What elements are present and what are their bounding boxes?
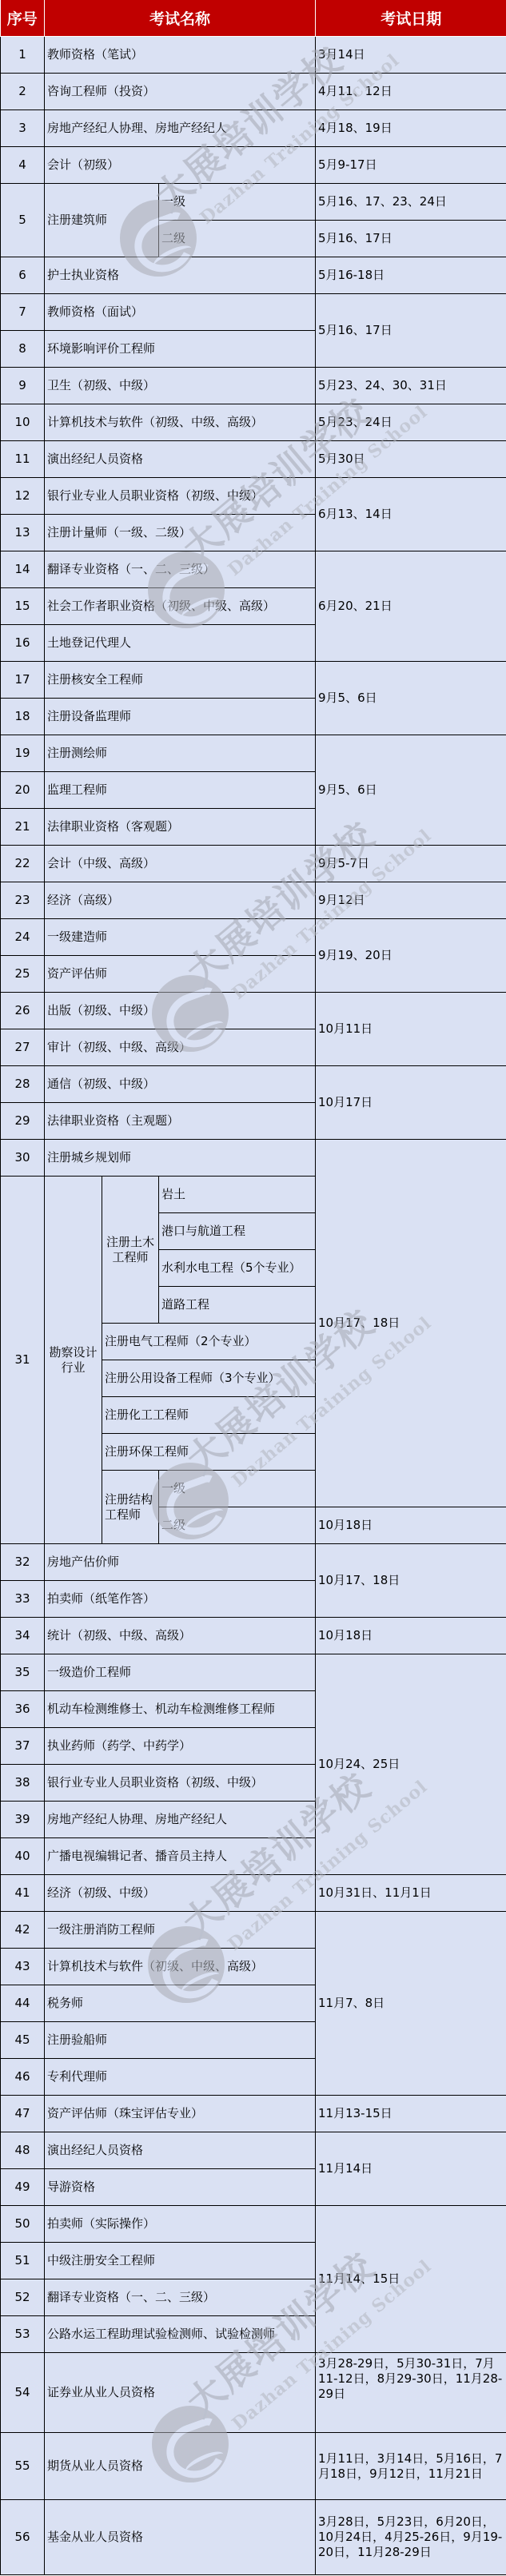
exam-date: 9月5-7日 bbox=[316, 846, 506, 882]
table-row: 10 计算机技术与软件（初级、中级、高级） 5月23、24日 bbox=[1, 404, 506, 441]
exam-name: 翻译专业资格（一、二、三级） bbox=[45, 2279, 316, 2316]
exam-name: 一级造价工程师 bbox=[45, 1654, 316, 1691]
exam-date: 4月18、19日 bbox=[316, 110, 506, 147]
row-seq: 41 bbox=[1, 1875, 45, 1912]
exam-name: 资产评估师 bbox=[45, 956, 316, 993]
row-seq: 14 bbox=[1, 551, 45, 588]
exam-name: 证券业从业人员资格 bbox=[45, 2353, 316, 2433]
column-header-name: 考试名称 bbox=[45, 0, 316, 37]
row-seq: 20 bbox=[1, 772, 45, 809]
table-row: 23 经济（高级） 9月12日 bbox=[1, 882, 506, 919]
exam-date: 9月12日 bbox=[316, 882, 506, 919]
exam-name: 审计（初级、中级、高级） bbox=[45, 1029, 316, 1066]
row-seq: 2 bbox=[1, 74, 45, 110]
exam-schedule-table: 序号 考试名称 考试日期 1 教师资格（笔试） 3月14日 2 咨询工程师（投资… bbox=[0, 0, 506, 2575]
exam-date: 6月20、21日 bbox=[316, 551, 506, 662]
row-seq: 45 bbox=[1, 2022, 45, 2059]
row-seq: 1 bbox=[1, 37, 45, 74]
row-seq: 19 bbox=[1, 735, 45, 772]
exam-date: 5月16、17日 bbox=[316, 221, 506, 257]
row-seq: 8 bbox=[1, 331, 45, 368]
exam-group-name: 注册电气工程师（2个专业） bbox=[102, 1324, 316, 1360]
exam-date: 10月18日 bbox=[316, 1618, 506, 1654]
table-row: 4 会计（初级） 5月9-17日 bbox=[1, 147, 506, 184]
exam-name: 卫生（初级、中级） bbox=[45, 368, 316, 404]
exam-sub-name: 道路工程 bbox=[159, 1287, 316, 1324]
exam-name: 拍卖师（实际操作） bbox=[45, 2206, 316, 2243]
exam-name: 广播电视编辑记者、播音员主持人 bbox=[45, 1838, 316, 1875]
table-row: 55 期货从业人员资格 1月11日，3月14日，5月16日，7月18日，9月12… bbox=[1, 2433, 506, 2500]
row-seq: 40 bbox=[1, 1838, 45, 1875]
row-seq: 52 bbox=[1, 2279, 45, 2316]
row-seq: 27 bbox=[1, 1029, 45, 1066]
table-row: 12 银行业专业人员职业资格（初级、中级） 6月13、14日 bbox=[1, 478, 506, 515]
row-seq: 23 bbox=[1, 882, 45, 919]
table-row: 22 会计（中级、高级） 9月5-7日 bbox=[1, 846, 506, 882]
exam-date: 11月14日 bbox=[316, 2132, 506, 2206]
row-seq: 22 bbox=[1, 846, 45, 882]
row-seq: 13 bbox=[1, 515, 45, 551]
exam-name: 计算机技术与软件（初级、中级、高级） bbox=[45, 404, 316, 441]
exam-name: 导游资格 bbox=[45, 2169, 316, 2206]
exam-date: 11月14、15日 bbox=[316, 2206, 506, 2353]
table-row: 41 经济（初级、中级） 10月31日、11月1日 bbox=[1, 1875, 506, 1912]
row-seq: 3 bbox=[1, 110, 45, 147]
exam-date: 5月23、24、30、31日 bbox=[316, 368, 506, 404]
exam-date: 4月11、12日 bbox=[316, 74, 506, 110]
row-seq: 15 bbox=[1, 588, 45, 625]
exam-category: 勘察设计行业 bbox=[45, 1177, 102, 1544]
row-seq: 10 bbox=[1, 404, 45, 441]
exam-name: 会计（初级） bbox=[45, 147, 316, 184]
exam-date: 10月18日 bbox=[316, 1507, 506, 1544]
exam-name: 演出经纪人员资格 bbox=[45, 441, 316, 478]
table-row: 11 演出经纪人员资格 5月30日 bbox=[1, 441, 506, 478]
table-row: 17 注册核安全工程师 9月5、6日 bbox=[1, 662, 506, 699]
exam-date: 5月16-18日 bbox=[316, 257, 506, 294]
exam-name: 专利代理师 bbox=[45, 2059, 316, 2096]
exam-date: 6月13、14日 bbox=[316, 478, 506, 551]
row-seq: 21 bbox=[1, 809, 45, 846]
exam-sub-name: 二级 bbox=[159, 221, 316, 257]
exam-sub-name: 岩土 bbox=[159, 1177, 316, 1213]
exam-date: 1月11日，3月14日，5月16日，7月18日，9月12日，11月21日 bbox=[316, 2433, 506, 2500]
exam-name: 注册核安全工程师 bbox=[45, 662, 316, 699]
exam-date: 5月30日 bbox=[316, 441, 506, 478]
table-row: 42 一级注册消防工程师 11月7、8日 bbox=[1, 1912, 506, 1949]
exam-name: 环境影响评价工程师 bbox=[45, 331, 316, 368]
exam-date: 10月11日 bbox=[316, 993, 506, 1066]
table-row: 7 教师资格（面试） 5月16、17日 bbox=[1, 294, 506, 331]
exam-name: 土地登记代理人 bbox=[45, 625, 316, 662]
table-row: 30 注册城乡规划师 10月17、18日 bbox=[1, 1140, 506, 1177]
exam-name: 计算机技术与软件（初级、中级、高级） bbox=[45, 1949, 316, 1985]
exam-date: 3月14日 bbox=[316, 37, 506, 74]
table-row: 2 咨询工程师（投资） 4月11、12日 bbox=[1, 74, 506, 110]
exam-date: 10月17日 bbox=[316, 1066, 506, 1140]
table-row: 9 卫生（初级、中级） 5月23、24、30、31日 bbox=[1, 368, 506, 404]
exam-name: 社会工作者职业资格（初级、中级、高级） bbox=[45, 588, 316, 625]
exam-name: 房地产经纪人协理、房地产经纪人 bbox=[45, 110, 316, 147]
row-seq: 56 bbox=[1, 2500, 45, 2575]
exam-name: 一级建造师 bbox=[45, 919, 316, 956]
exam-date: 9月5、6日 bbox=[316, 662, 506, 735]
row-seq: 16 bbox=[1, 625, 45, 662]
exam-group-name: 注册结构工程师 bbox=[102, 1471, 159, 1544]
exam-schedule-page: 序号 考试名称 考试日期 1 教师资格（笔试） 3月14日 2 咨询工程师（投资… bbox=[0, 0, 506, 2575]
row-seq: 30 bbox=[1, 1140, 45, 1177]
exam-date: 5月9-17日 bbox=[316, 147, 506, 184]
exam-name: 公路水运工程助理试验检测师、试验检测师 bbox=[45, 2316, 316, 2353]
row-seq: 42 bbox=[1, 1912, 45, 1949]
exam-name: 注册设备监理师 bbox=[45, 699, 316, 735]
row-seq: 48 bbox=[1, 2132, 45, 2169]
table-row: 47 资产评估师（珠宝评估专业） 11月13-15日 bbox=[1, 2096, 506, 2132]
exam-date: 3月28日，5月23日，6月20日，10月24日，4月25-26日，9月19-2… bbox=[316, 2500, 506, 2575]
exam-name: 注册城乡规划师 bbox=[45, 1140, 316, 1177]
exam-name: 银行业专业人员职业资格（初级、中级） bbox=[45, 478, 316, 515]
exam-name: 经济（初级、中级） bbox=[45, 1875, 316, 1912]
row-seq: 26 bbox=[1, 993, 45, 1029]
exam-name: 会计（中级、高级） bbox=[45, 846, 316, 882]
row-seq: 28 bbox=[1, 1066, 45, 1103]
exam-name: 一级注册消防工程师 bbox=[45, 1912, 316, 1949]
exam-name: 注册验船师 bbox=[45, 2022, 316, 2059]
table-row: 35 一级造价工程师 10月24、25日 bbox=[1, 1654, 506, 1691]
table-row: 5 注册建筑师 一级 5月16、17、23、24日 bbox=[1, 184, 506, 221]
exam-name: 房地产经纪人协理、房地产经纪人 bbox=[45, 1802, 316, 1838]
row-seq: 44 bbox=[1, 1985, 45, 2022]
exam-date: 10月17、18日 bbox=[316, 1544, 506, 1618]
row-seq: 31 bbox=[1, 1177, 45, 1544]
table-row: 26 出版（初级、中级） 10月11日 bbox=[1, 993, 506, 1029]
exam-date: 9月5、6日 bbox=[316, 735, 506, 846]
column-header-seq: 序号 bbox=[1, 0, 45, 37]
exam-group-name: 注册土木工程师 bbox=[102, 1177, 159, 1324]
exam-date: 3月28-29日，5月30-31日，7月11-12日，8月29-30日，11月2… bbox=[316, 2353, 506, 2433]
row-seq: 36 bbox=[1, 1691, 45, 1728]
row-seq: 11 bbox=[1, 441, 45, 478]
table-row: 3 房地产经纪人协理、房地产经纪人 4月18、19日 bbox=[1, 110, 506, 147]
row-seq: 51 bbox=[1, 2243, 45, 2279]
row-seq: 5 bbox=[1, 184, 45, 257]
exam-date: 5月16、17、23、24日 bbox=[316, 184, 506, 221]
table-row: 56 基金从业人员资格 3月28日，5月23日，6月20日，10月24日，4月2… bbox=[1, 2500, 506, 2575]
exam-date: 10月17、18日 bbox=[316, 1140, 506, 1507]
exam-name: 法律职业资格（主观题） bbox=[45, 1103, 316, 1140]
exam-group-name: 注册环保工程师 bbox=[102, 1434, 316, 1471]
row-seq: 29 bbox=[1, 1103, 45, 1140]
table-row: 48 演出经纪人员资格 11月14日 bbox=[1, 2132, 506, 2169]
exam-name: 执业药师（药学、中药学） bbox=[45, 1728, 316, 1765]
exam-name: 房地产估价师 bbox=[45, 1544, 316, 1581]
table-row: 14 翻译专业资格（一、二、三级） 6月20、21日 bbox=[1, 551, 506, 588]
row-seq: 46 bbox=[1, 2059, 45, 2096]
exam-sub-name: 水利水电工程（5个专业） bbox=[159, 1250, 316, 1287]
row-seq: 12 bbox=[1, 478, 45, 515]
exam-date: 9月19、20日 bbox=[316, 919, 506, 993]
row-seq: 33 bbox=[1, 1581, 45, 1618]
exam-date: 11月7、8日 bbox=[316, 1912, 506, 2096]
row-seq: 38 bbox=[1, 1765, 45, 1802]
exam-date: 10月24、25日 bbox=[316, 1654, 506, 1875]
row-seq: 9 bbox=[1, 368, 45, 404]
row-seq: 35 bbox=[1, 1654, 45, 1691]
row-seq: 53 bbox=[1, 2316, 45, 2353]
row-seq: 43 bbox=[1, 1949, 45, 1985]
exam-name: 期货从业人员资格 bbox=[45, 2433, 316, 2500]
row-seq: 4 bbox=[1, 147, 45, 184]
row-seq: 18 bbox=[1, 699, 45, 735]
exam-name: 法律职业资格（客观题） bbox=[45, 809, 316, 846]
table-header-row: 序号 考试名称 考试日期 bbox=[1, 0, 506, 37]
row-seq: 47 bbox=[1, 2096, 45, 2132]
row-seq: 39 bbox=[1, 1802, 45, 1838]
exam-name: 护士执业资格 bbox=[45, 257, 316, 294]
exam-name: 基金从业人员资格 bbox=[45, 2500, 316, 2575]
exam-date: 11月13-15日 bbox=[316, 2096, 506, 2132]
exam-name: 资产评估师（珠宝评估专业） bbox=[45, 2096, 316, 2132]
table-body: 1 教师资格（笔试） 3月14日 2 咨询工程师（投资） 4月11、12日 3 … bbox=[1, 37, 506, 2575]
row-seq: 37 bbox=[1, 1728, 45, 1765]
exam-name: 注册计量师（一级、二级） bbox=[45, 515, 316, 551]
exam-name: 拍卖师（纸笔作答） bbox=[45, 1581, 316, 1618]
exam-group-name: 注册公用设备工程师（3个专业） bbox=[102, 1360, 316, 1397]
exam-name: 机动车检测维修士、机动车检测维修工程师 bbox=[45, 1691, 316, 1728]
exam-name: 教师资格（笔试） bbox=[45, 37, 316, 74]
exam-name: 通信（初级、中级） bbox=[45, 1066, 316, 1103]
table-row: 24 一级建造师 9月19、20日 bbox=[1, 919, 506, 956]
row-seq: 17 bbox=[1, 662, 45, 699]
table-row: 54 证券业从业人员资格 3月28-29日，5月30-31日，7月11-12日，… bbox=[1, 2353, 506, 2433]
exam-sub-name: 二级 bbox=[159, 1507, 316, 1544]
exam-name: 注册建筑师 bbox=[45, 184, 159, 257]
exam-date: 10月31日、11月1日 bbox=[316, 1875, 506, 1912]
row-seq: 6 bbox=[1, 257, 45, 294]
table-row: 50 拍卖师（实际操作） 11月14、15日 bbox=[1, 2206, 506, 2243]
exam-name: 演出经纪人员资格 bbox=[45, 2132, 316, 2169]
table-row: 32 房地产估价师 10月17、18日 bbox=[1, 1544, 506, 1581]
row-seq: 49 bbox=[1, 2169, 45, 2206]
row-seq: 54 bbox=[1, 2353, 45, 2433]
table-row: 19 注册测绘师 9月5、6日 bbox=[1, 735, 506, 772]
row-seq: 25 bbox=[1, 956, 45, 993]
row-seq: 7 bbox=[1, 294, 45, 331]
column-header-date: 考试日期 bbox=[316, 0, 506, 37]
exam-name: 监理工程师 bbox=[45, 772, 316, 809]
exam-name: 税务师 bbox=[45, 1985, 316, 2022]
exam-name: 教师资格（面试） bbox=[45, 294, 316, 331]
row-seq: 55 bbox=[1, 2433, 45, 2500]
exam-sub-name: 港口与航道工程 bbox=[159, 1213, 316, 1250]
table-row: 1 教师资格（笔试） 3月14日 bbox=[1, 37, 506, 74]
row-seq: 32 bbox=[1, 1544, 45, 1581]
exam-name: 经济（高级） bbox=[45, 882, 316, 919]
row-seq: 34 bbox=[1, 1618, 45, 1654]
table-row: 6 护士执业资格 5月16-18日 bbox=[1, 257, 506, 294]
exam-name: 翻译专业资格（一、二、三级） bbox=[45, 551, 316, 588]
exam-sub-name: 一级 bbox=[159, 1471, 316, 1507]
exam-date: 5月16、17日 bbox=[316, 294, 506, 368]
exam-date: 5月23、24日 bbox=[316, 404, 506, 441]
exam-name: 咨询工程师（投资） bbox=[45, 74, 316, 110]
table-row: 28 通信（初级、中级） 10月17日 bbox=[1, 1066, 506, 1103]
row-seq: 50 bbox=[1, 2206, 45, 2243]
exam-name: 银行业专业人员职业资格（初级、中级） bbox=[45, 1765, 316, 1802]
exam-name: 注册测绘师 bbox=[45, 735, 316, 772]
exam-sub-name: 一级 bbox=[159, 184, 316, 221]
exam-name: 出版（初级、中级） bbox=[45, 993, 316, 1029]
exam-group-name: 注册化工工程师 bbox=[102, 1397, 316, 1434]
row-seq: 24 bbox=[1, 919, 45, 956]
exam-name: 中级注册安全工程师 bbox=[45, 2243, 316, 2279]
table-row: 34 统计（初级、中级、高级） 10月18日 bbox=[1, 1618, 506, 1654]
exam-name: 统计（初级、中级、高级） bbox=[45, 1618, 316, 1654]
